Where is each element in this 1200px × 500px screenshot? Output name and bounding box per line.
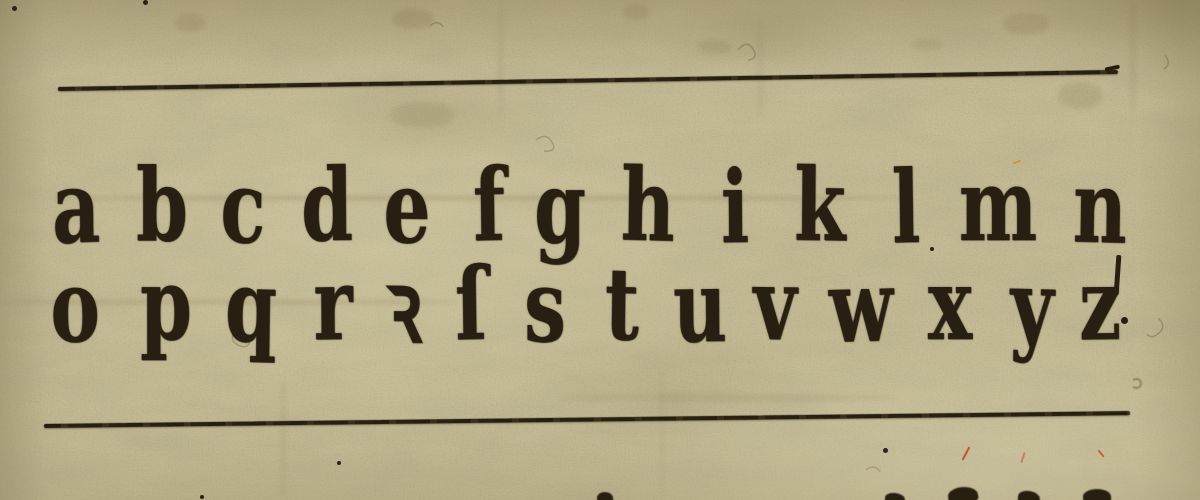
cropped-next-line-letter-top xyxy=(1083,488,1112,500)
letter-r: r xyxy=(313,254,353,355)
show-through-mark xyxy=(912,38,942,51)
show-through-mark xyxy=(281,378,286,498)
letter-k: k xyxy=(794,155,846,256)
letter-b: b xyxy=(136,155,188,255)
letter-q: q xyxy=(224,255,277,356)
red-fiber-fleck xyxy=(1020,452,1025,463)
scanned-book-page: abcdefghiklmn opqrꝛſstuvwxyz xyxy=(0,0,1200,500)
show-through-mark xyxy=(498,0,503,118)
letter-v: v xyxy=(753,254,797,355)
show-through-mark xyxy=(1058,82,1102,108)
letter-m: m xyxy=(959,155,1037,255)
letter-n: n xyxy=(1072,156,1127,257)
ink-speck xyxy=(883,448,888,453)
letter-p: p xyxy=(140,254,192,354)
letter-y: y xyxy=(1010,255,1054,356)
ink-speck xyxy=(143,0,148,5)
show-through-mark xyxy=(392,9,434,29)
letter-x: x xyxy=(928,254,972,354)
ink-speck xyxy=(12,6,17,11)
show-through-mark xyxy=(1130,0,1136,112)
top-horizontal-rule xyxy=(58,70,1118,91)
ink-speck xyxy=(200,495,204,499)
letter-t: t xyxy=(604,254,640,355)
cropped-next-line-letter-top xyxy=(947,485,979,500)
letter-s: s xyxy=(524,256,566,356)
letter-o: o xyxy=(50,255,101,356)
letter-d: d xyxy=(301,155,353,256)
show-through-mark xyxy=(758,18,763,118)
letter-f: f xyxy=(472,155,505,256)
letter-g: g xyxy=(534,157,586,257)
cropped-next-line-letter-top xyxy=(596,491,613,500)
letter-c: c xyxy=(220,156,266,257)
show-through-mark xyxy=(660,368,664,498)
letter-ſ: ſ xyxy=(454,254,487,355)
show-through-mark xyxy=(1003,13,1049,35)
letter-u: u xyxy=(673,256,728,357)
letter-h: h xyxy=(620,154,675,255)
cropped-next-line-letter-top xyxy=(1017,490,1040,500)
cropped-glyph-fragment-dot xyxy=(1121,317,1128,324)
show-through-mark xyxy=(175,14,205,32)
letter-w: w xyxy=(828,255,893,357)
cropped-next-line-letter-top xyxy=(885,492,906,500)
letter-ꝛ: ꝛ xyxy=(386,256,422,356)
letter-i: i xyxy=(721,157,750,257)
top-rule-end-hook xyxy=(1105,65,1121,72)
letter-a: a xyxy=(51,156,100,257)
red-fiber-fleck xyxy=(962,446,971,460)
show-through-mark xyxy=(623,4,649,20)
ink-speck xyxy=(337,461,341,465)
red-fiber-fleck xyxy=(1097,449,1104,457)
show-through-mark xyxy=(698,40,732,54)
bottom-horizontal-rule xyxy=(44,411,1130,428)
show-through-mark xyxy=(390,102,454,128)
show-through-mark xyxy=(560,394,900,402)
letter-e: e xyxy=(383,157,431,258)
letter-l: l xyxy=(891,157,921,258)
alphabet-row-2: opqrꝛſstuvwxyz xyxy=(0,254,1200,384)
